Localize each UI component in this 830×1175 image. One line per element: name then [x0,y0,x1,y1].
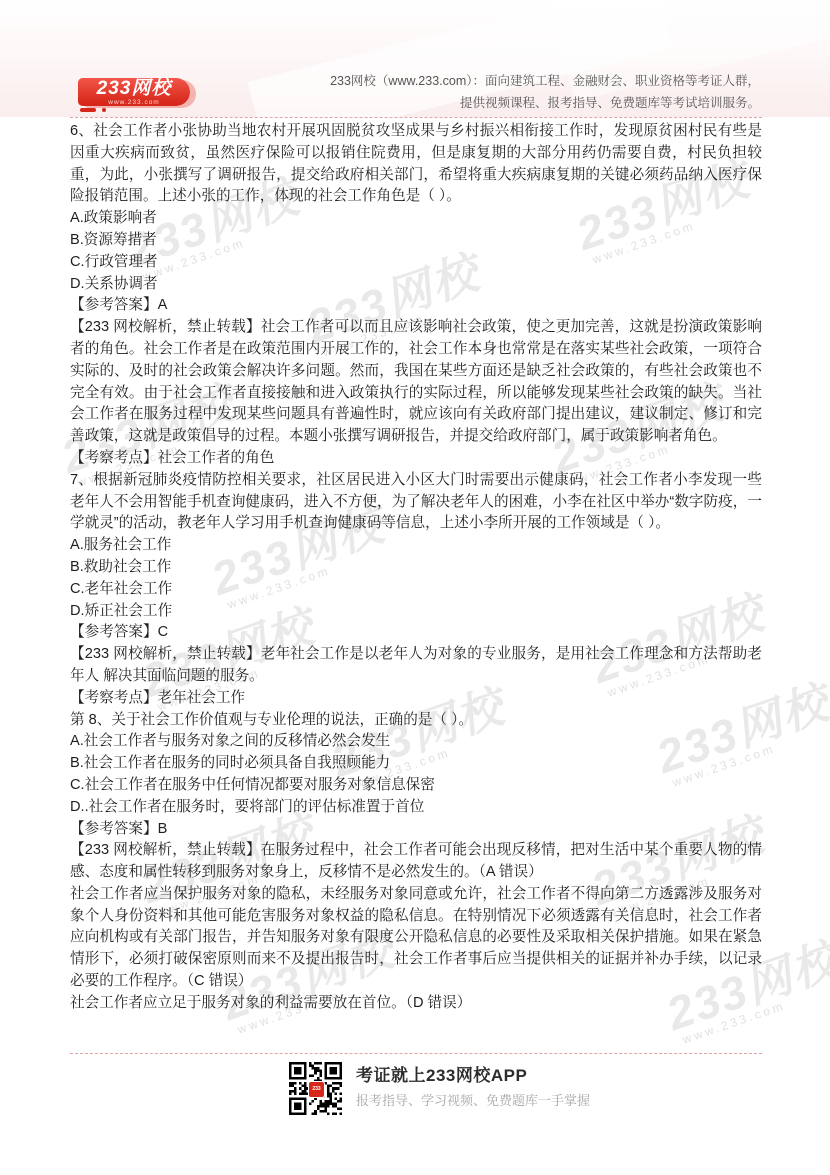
header-tagline: 233网校（www.233.com）：面向建筑工程、金融财会、职业资格等考证人群… [290,70,760,114]
q8-option-c: C.社会工作者在服务中任何情况都要对服务对象信息保密 [70,775,762,797]
q8-analysis-d: 社会工作者应立足于服务对象的利益需要放在首位。（D 错误） [70,993,762,1015]
q8-option-a: A.社会工作者与服务对象之间的反移情必然会发生 [70,731,762,753]
q7-option-c: C.老年社会工作 [70,579,762,601]
qr-code: 233 [289,1062,342,1115]
q8-analysis-a: 【233 网校解析，禁止转载】在服务过程中，社会工作者可能会出现反移情，把对生活… [70,840,762,884]
q6-analysis: 【233 网校解析，禁止转载】社会工作者可以而且应该影响社会政策，使之更加完善，… [70,317,762,448]
q6-answer: 【参考答案】A [70,295,762,317]
q8-answer: 【参考答案】B [70,819,762,841]
q6-stem: 6、社会工作者小张协助当地农村开展巩固脱贫攻坚成果与乡村振兴相衔接工作时，发现原… [70,121,762,208]
qr-center-logo: 233 [308,1081,325,1098]
q7-analysis: 【233 网校解析，禁止转载】老年社会工作是以老年人为对象的专业服务，是用社会工… [70,644,762,688]
brand-logo-url: www.233.com [78,99,190,106]
header-separator [70,117,762,118]
brand-logo: 233网校 www.233.com [78,78,190,106]
q8-stem: 第 8、关于社会工作价值观与专业伦理的说法，正确的是（ ）。 [70,710,762,732]
q7-option-b: B.救助社会工作 [70,557,762,579]
q7-option-d: D.矫正社会工作 [70,601,762,623]
exam-document-page: 233网校 www.233.com 233网校（www.233.com）：面向建… [0,0,830,1175]
q6-option-d: D.关系协调者 [70,274,762,296]
q7-option-a: A.服务社会工作 [70,535,762,557]
q6-option-a: A.政策影响者 [70,208,762,230]
footer-app-title: 考证就上233网校APP [356,1061,527,1086]
header-tagline-line1: 233网校（www.233.com）：面向建筑工程、金融财会、职业资格等考证人群… [290,70,760,92]
brand-logo-text: 233网校 [78,79,190,99]
header-tagline-line2: 提供视频课程、报考指导、免费题库等考试培训服务。 [290,92,760,114]
logo-underline-dash [80,108,96,112]
footer-separator [70,1053,762,1054]
q8-option-b: B.社会工作者在服务的同时必须具备自我照顾能力 [70,753,762,775]
q7-answer: 【参考答案】C [70,622,762,644]
q6-option-c: C.行政管理者 [70,252,762,274]
footer-app-subtitle: 报考指导、学习视频、免费题库一手掌握 [356,1090,590,1109]
exam-content: 6、社会工作者小张协助当地农村开展巩固脱贫攻坚成果与乡村振兴相衔接工作时，发现原… [70,121,762,1015]
q8-analysis-c: 社会工作者应当保护服务对象的隐私，未经服务对象同意或允许，社会工作者不得向第二方… [70,884,762,993]
q7-stem: 7、根据新冠肺炎疫情防控相关要求，社区居民进入小区大门时需要出示健康码，社会工作… [70,470,762,535]
q7-exam-point: 【考察考点】老年社会工作 [70,688,762,710]
q8-option-d: D..社会工作者在服务时，要将部门的评估标准置于首位 [70,797,762,819]
logo-underline-dot [102,108,106,112]
q6-exam-point: 【考察考点】社会工作者的角色 [70,448,762,470]
q6-option-b: B.资源筹措者 [70,230,762,252]
